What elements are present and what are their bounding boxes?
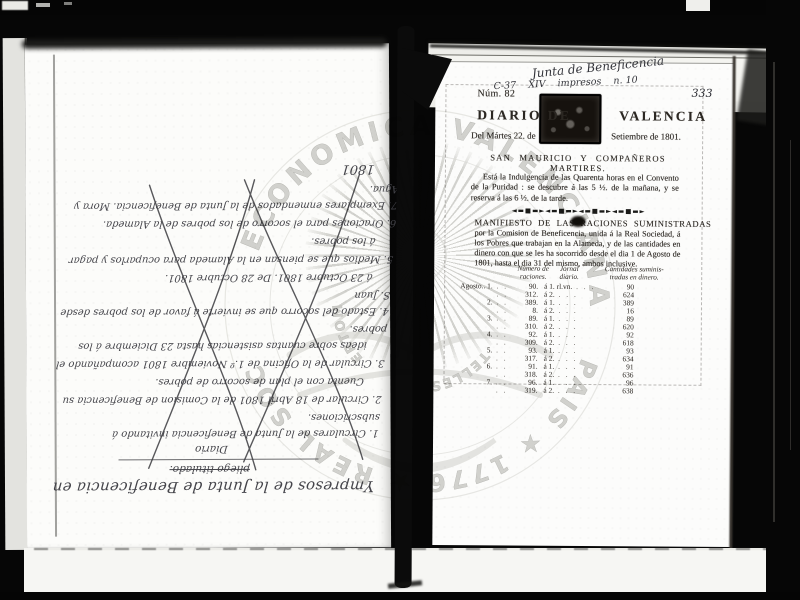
cell-jornal: á 2. bbox=[543, 386, 595, 395]
scan-noise bbox=[36, 3, 50, 7]
manuscript-item: 3. Circular de la Oficina de 1.º Noviemb… bbox=[52, 354, 385, 371]
scan-frame-right bbox=[766, 0, 800, 600]
handwritten-index: Ympresos de la Junta de Beneficencia en … bbox=[41, 181, 400, 505]
archivist-annotation-number: 333 bbox=[691, 87, 712, 100]
scan-frame-top bbox=[0, 0, 800, 15]
manuscript-rule bbox=[118, 459, 318, 461]
ink-blot bbox=[571, 216, 586, 227]
saints-day-line: SAN MAURICIO Y COMPAÑEROS MARTIRES. bbox=[475, 152, 681, 173]
manuscript-year-note: 1801 bbox=[68, 160, 375, 177]
cell-raciones: 319. bbox=[515, 386, 537, 395]
rations-table: Agosto.. 1.90.á 1. rl.vn.90 312.á 2.624 … bbox=[433, 281, 732, 395]
page-edge-streak bbox=[790, 140, 791, 450]
manuscript-item: 2. Circular de 18 Abril 1801 de la Comis… bbox=[49, 390, 382, 407]
manifesto-body: por la Comision de Beneficencia, unida á… bbox=[474, 228, 680, 269]
indulgence-paragraph: Está la Indulgencia de las Quarenta hora… bbox=[471, 172, 679, 204]
manuscript-item: 6. Oraciones para el socorro de los pobr… bbox=[64, 214, 397, 231]
table-row: 319.á 2.638 bbox=[433, 385, 731, 395]
issue-number: Núm. 82 bbox=[477, 88, 515, 99]
manuscript-item: 7. Exemplares enmendados de la Junta de … bbox=[65, 180, 400, 213]
manuscript-item: 5. Medios que se piensan en la Alameda p… bbox=[61, 250, 394, 267]
book-scan-stage: Ympresos de la Junta de Beneficencia en … bbox=[0, 0, 800, 600]
printed-diario-page: Junta de Beneficencia C-37 XIV impresos … bbox=[432, 61, 733, 547]
ornament-divider: ◄▬■▬►◄▬■▬►◄▬■▬►◄▬■▬► bbox=[479, 206, 679, 215]
cell-day bbox=[439, 385, 507, 394]
header-line: tradas en dinero. bbox=[591, 274, 677, 282]
page-edge-streak bbox=[773, 62, 775, 522]
book-spine-gutter bbox=[395, 26, 415, 588]
manuscript-item: á los pobres. bbox=[62, 232, 395, 249]
header-line: diario. bbox=[552, 274, 586, 282]
manuscript-section-label: Diario bbox=[45, 440, 378, 456]
scan-noise bbox=[64, 2, 72, 5]
scan-frame-bottom bbox=[0, 592, 800, 600]
column-header-jornal: Jornal diario. bbox=[552, 266, 586, 282]
manuscript-item: 1. Circulares de la Junta de Beneficenci… bbox=[46, 408, 381, 441]
manuscript-item: 4. Estado del socorro que se invierte á … bbox=[56, 286, 391, 319]
manuscript-subheading: pliego titulado. bbox=[113, 462, 307, 477]
manuscript-item: ideas sobre cuantas asistencias hasta 23… bbox=[53, 320, 388, 353]
manuscript-item: Cuenta con el plan de socorro de pobres. bbox=[50, 372, 383, 389]
cell-cantidad: 638 bbox=[595, 386, 633, 395]
masthead-title-left: DIARIO DE bbox=[477, 107, 571, 124]
scan-noise bbox=[2, 1, 28, 10]
masthead-date-left: Del Mártes 22. de bbox=[471, 130, 536, 140]
manuscript-heading: Ympresos de la Junta de Beneficencia en bbox=[41, 477, 374, 496]
column-header-cantidades: Cantidades suminis- tradas en dinero. bbox=[591, 266, 677, 282]
manuscript-item: á 23 Octubre 1801. De 28 Octubre 1801. bbox=[59, 268, 392, 285]
scan-noise bbox=[686, 0, 710, 11]
left-manuscript-page: Ympresos de la Junta de Beneficencia en … bbox=[25, 43, 391, 549]
masthead-date-right: Setiembre de 1801. bbox=[611, 131, 681, 141]
masthead-title-right: VALENCIA bbox=[619, 108, 707, 125]
